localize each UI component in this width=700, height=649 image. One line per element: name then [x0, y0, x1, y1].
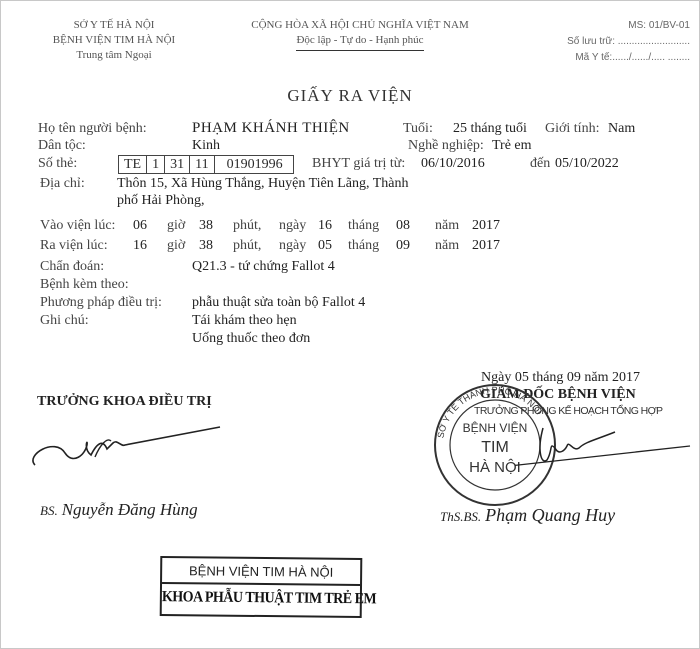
age-value: 25 tháng tuổi — [453, 121, 527, 137]
issuer-header: SỞ Y TẾ HÀ NỘI BỆNH VIỆN TIM HÀ NỘI Trun… — [0, 18, 228, 63]
discharge-year: 2017 — [472, 238, 500, 254]
note-item: Tái khám theo hẹn — [192, 313, 297, 329]
age-label: Tuổi: — [403, 121, 433, 137]
diagnosis-value: Q21.3 - tứ chứng Fallot 4 — [192, 259, 335, 275]
admission-hour: 06 — [133, 218, 147, 234]
notes-label: Ghi chú: — [40, 313, 89, 329]
discharge-hour: 16 — [133, 238, 147, 254]
treatment-label: Phương pháp điều trị: — [40, 295, 162, 311]
country-name: CỘNG HÒA XÃ HỘI CHỦ NGHĨA VIỆT NAM — [232, 18, 488, 33]
card-cell: 11 — [190, 156, 214, 173]
patient-name-label: Họ tên người bệnh: — [38, 121, 147, 137]
admission-label: Vào viện lúc: — [40, 218, 115, 234]
hour-unit: giờ — [167, 238, 185, 254]
occupation-value: Trẻ em — [492, 138, 532, 154]
address-label: Địa chỉ: — [40, 176, 85, 192]
department-stamp: BỆNH VIỆN TIM HÀ NỘI KHOA PHẪU THUẬT TIM… — [160, 556, 363, 618]
insurance-label: BHYT giá trị từ: — [312, 156, 405, 172]
dept-head-title: TRƯỞNG KHOA ĐIỀU TRỊ — [37, 394, 212, 410]
admission-year: 2017 — [472, 218, 500, 234]
director-name: Phạm Quang Huy — [485, 505, 615, 525]
svg-text:TIM: TIM — [481, 439, 509, 456]
gender-label: Giới tính: — [545, 121, 599, 137]
card-cell: 1 — [147, 156, 165, 173]
minute-unit: phút, — [233, 238, 261, 254]
dept-head-name: Nguyễn Đăng Hùng — [62, 500, 198, 519]
year-label: năm — [435, 238, 459, 254]
comorbid-label: Bệnh kèm theo: — [40, 277, 129, 293]
treatment-value: phẫu thuật sửa toàn bộ Fallot 4 — [192, 295, 365, 311]
form-codes: MS: 01/BV-01 Số lưu trữ: ...............… — [520, 18, 690, 66]
card-label: Số thẻ: — [38, 156, 77, 172]
admission-month: 08 — [396, 218, 410, 234]
insurance-card-number: TE 1 31 11 01901996 — [118, 155, 294, 174]
dept-head-signature — [25, 425, 225, 475]
national-motto: Độc lập - Tự do - Hạnh phúc — [296, 33, 423, 51]
discharge-minute: 38 — [199, 238, 213, 254]
patient-name: PHẠM KHÁNH THIỆN — [192, 120, 350, 137]
address-line-2: phố Hải Phòng, — [117, 193, 205, 209]
insurance-to-label: đến — [530, 156, 550, 172]
discharge-label: Ra viện lúc: — [40, 238, 108, 254]
center-name: Trung tâm Ngoại — [0, 48, 228, 63]
director-name-line: ThS.BS. Phạm Quang Huy — [440, 505, 615, 526]
document-title: GIẤY RA VIỆN — [0, 86, 700, 106]
admission-day: 16 — [318, 218, 332, 234]
svg-text:HÀ NỘI: HÀ NỘI — [469, 459, 521, 476]
archive-number: Số lưu trữ: .......................... — [520, 34, 690, 50]
day-label: ngày — [279, 238, 306, 254]
dept-head-prefix: BS. — [40, 503, 58, 518]
stamp-department: KHOA PHẪU THUẬT TIM TRẺ EM — [162, 582, 360, 617]
director-prefix: ThS.BS. — [440, 509, 481, 524]
minute-unit: phút, — [233, 218, 261, 234]
dept-head-name-line: BS. Nguyễn Đăng Hùng — [40, 500, 198, 520]
month-label: tháng — [348, 238, 379, 254]
medical-code: Mã Y tế:....../....../..... ........ — [520, 50, 690, 66]
ethnicity-value: Kinh — [192, 138, 220, 154]
form-code: MS: 01/BV-01 — [520, 18, 690, 34]
day-label: ngày — [279, 218, 306, 234]
insurance-to: 05/10/2022 — [555, 156, 619, 172]
department-of-health: SỞ Y TẾ HÀ NỘI — [0, 18, 228, 33]
diagnosis-label: Chẩn đoán: — [40, 259, 104, 275]
discharge-day: 05 — [318, 238, 332, 254]
card-cell: 01901996 — [215, 156, 293, 173]
occupation-label: Nghề nghiệp: — [408, 138, 484, 154]
hospital-name: BỆNH VIỆN TIM HÀ NỘI — [0, 33, 228, 48]
address-line-1: Thôn 15, Xã Hùng Thắng, Huyện Tiên Lãng,… — [117, 176, 409, 192]
hour-unit: giờ — [167, 218, 185, 234]
director-signature — [515, 420, 695, 480]
month-label: tháng — [348, 218, 379, 234]
year-label: năm — [435, 218, 459, 234]
insurance-from: 06/10/2016 — [421, 156, 485, 172]
gender-value: Nam — [608, 121, 635, 137]
card-cell: TE — [119, 156, 147, 173]
discharge-month: 09 — [396, 238, 410, 254]
ethnicity-label: Dân tộc: — [38, 138, 86, 154]
note-item: Uống thuốc theo đơn — [192, 331, 310, 347]
card-cell: 31 — [165, 156, 190, 173]
national-header: CỘNG HÒA XÃ HỘI CHỦ NGHĨA VIỆT NAM Độc l… — [232, 18, 488, 51]
admission-minute: 38 — [199, 218, 213, 234]
